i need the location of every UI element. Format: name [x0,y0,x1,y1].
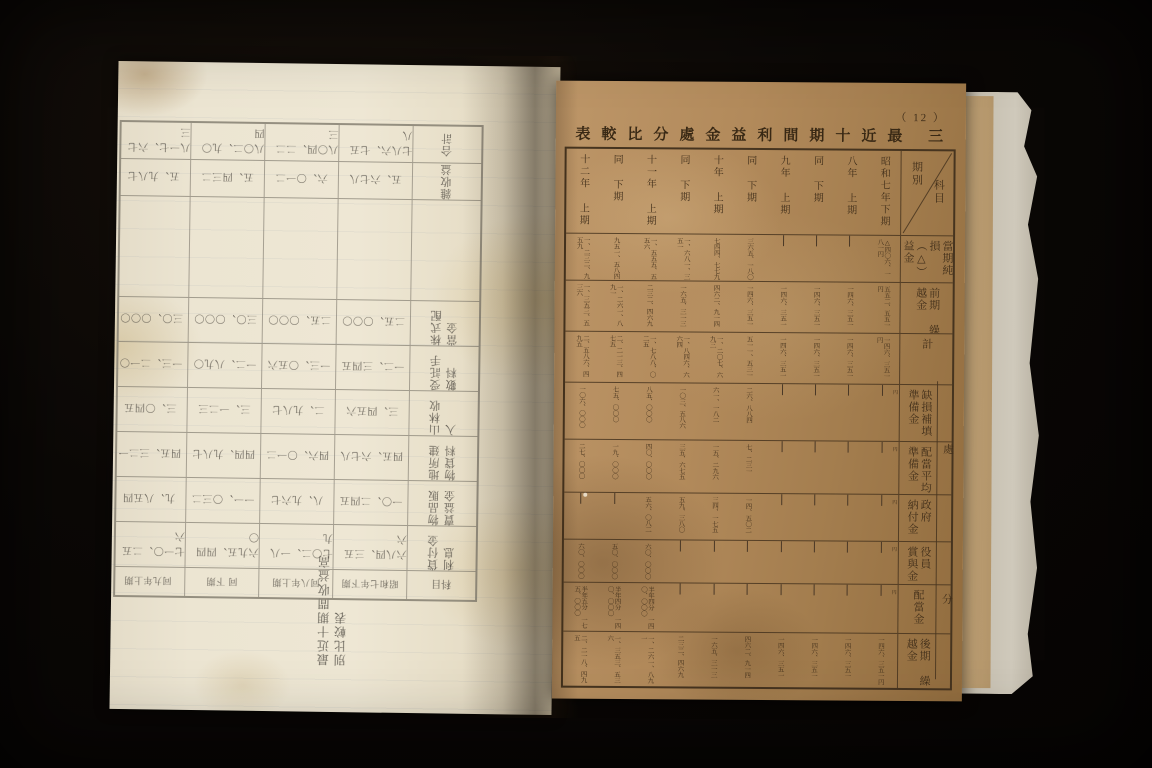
cell-value: 五九、三八〇 [677,493,684,539]
period-label: 同八年上期 [272,577,320,591]
shobun-char-top: 處 [940,443,956,454]
cell-value: 一、二六一、八九一 [639,632,653,686]
cell-value: 一九、〇〇〇 [611,440,618,492]
table-cell: 一四六、三五一 [732,282,766,332]
table-cell: 七四四、七七九 [699,235,733,281]
dash-mark [780,584,781,595]
cell-value: 八五、〇〇〇 [645,383,652,439]
table-cell: 三四、一七五 [698,494,732,540]
table-cell: 五〇、〇〇〇 [597,540,631,582]
table-cell: 一、七八八、〇二五 [632,332,666,382]
table-cell: 六八四、三五六 [333,525,408,570]
row-label: 役員 賞與金 [905,542,931,584]
table-cell: △四〇六、一八一円 [866,236,900,282]
table-cell: 一四六、三五一 [765,333,799,383]
cell-value: 一四六、三五一 [843,634,850,688]
table-cell [764,494,798,540]
table-row: 地所建物貸料四五、六七八四六、〇一二四四、九八七四五、三二一 [117,432,478,482]
table-cell: 五九、三八〇 [664,493,698,539]
table-cell [798,441,832,493]
dash-mark [782,384,783,395]
empty-cell [263,198,338,299]
table-cell [597,493,631,539]
table-cell [697,584,731,632]
cell-value: 一五、二九六 [711,441,718,493]
table-cell: 半年四分 一四〇、〇〇〇 [597,583,631,631]
empty-label [411,200,480,301]
dash-mark [580,493,581,504]
table-cell [833,236,867,282]
page-title: 表較比分處金益利間期十近最 三 [574,123,956,147]
period-label: 昭和七年下期 [341,578,398,592]
table-cell: 一、八四六、六六四 [665,332,699,382]
row-label: 雜收益 [439,163,456,199]
table-cell [766,235,800,281]
dash-mark [814,541,815,552]
cell-value: 一、三五三、五三六 [606,632,620,686]
period-label: 十二年 上期 [575,149,591,227]
left-page-table: 科目昭和七年下期同八年上期同 下期同九年上期貸付金利息六八四、三五六七〇二、一八… [113,120,484,602]
empty-cell [115,196,190,297]
table-cell [765,441,799,493]
table-row: 株式配當金二五、〇〇〇二五、〇〇〇三〇、〇〇〇三〇、〇〇〇 [119,297,480,347]
table-cell: 一四六、三五一 [832,334,866,384]
table-cell [797,584,831,632]
table-cell: 円 [864,585,898,633]
cell-value: 四五、三二一 [118,446,181,462]
cell-value: 一四六、三五一 [812,333,819,383]
cell-value: 一一、〇三二 [191,493,254,509]
dash-mark [814,584,815,595]
table-row: 貸付金利息六八四、三五六七〇二、一八九六九五、四四〇七一〇、二五六 [115,522,476,572]
cell-value: 八〇四、二二三 [265,127,338,158]
table-cell: 六〇、〇〇〇 [630,540,664,582]
table-header-row: 科目昭和七年下期同八年上期同 下期同九年上期 [115,567,475,600]
cell-value: 一、二三二、九五九 [575,234,589,280]
table-cell [730,584,764,632]
table-cell [663,583,697,631]
table-cell [664,540,698,582]
table-cell: 二、二一八、四九五 [563,632,597,686]
table-cell: 一四六、三五一 [763,633,797,687]
cell-value: 五、九八七 [127,170,180,186]
cell-value: 一四、五〇二 [744,494,751,540]
dash-mark [815,384,816,395]
cell-value: 五一一、五三一 [745,333,752,383]
unit-mark: 円 [892,589,897,596]
dash-mark [714,541,715,552]
cell-value: 五、六七八 [349,173,402,189]
cell-value: 二、二一八、四九五 [573,632,587,686]
period-label: 九年 上期 [776,150,791,216]
row-label: 物品販賣益金 [426,481,459,525]
period-header-cell: 同九年上期 [111,567,185,596]
table-cell: 一四六、三五一円 [864,634,898,688]
cell-value: 四四、九八七 [192,448,255,464]
table-cell: 五五二、五五一円 [866,283,900,333]
period-header-cell: 昭和七年下期 [867,151,901,235]
table-row: 受託手數料一二、三四五一三、〇五六一二、八九〇一三、二一〇 [118,342,479,392]
cell-value: 七一〇、二五六 [112,529,185,560]
period-label: 十一年 上期 [642,149,658,227]
cell-value: 二三二、四六九 [676,632,683,686]
right-page: （ 12 ） 表較比分處金益利間期十近最 三 期別科目昭和七年下期八年 上期同 … [552,81,966,702]
table-header-row: 期別科目昭和七年下期八年 上期同 下期九年 上期同 下期十年 上期同 下期十一年… [566,149,954,236]
table-cell [764,541,798,583]
dash-mark [881,442,882,453]
table-cell: 七五、〇〇〇 [598,383,632,439]
table-row: 配當平均 準備金円七、二三一一五、二九六三五、六七五四〇、〇〇〇一九、〇〇〇二七… [564,439,951,495]
row-label-cell: 合計 [413,126,481,163]
period-label: 八年 上期 [843,151,858,217]
table-cell [764,584,798,632]
cell-value: 四六二、九一四 [743,633,750,687]
cell-value: 一、二〇七、六九三 [708,333,722,383]
table-cell: 一四六、三五一 [830,634,864,688]
table-cell: 七、二三一 [731,441,765,493]
row-label: 前期 繰越金 [913,283,939,333]
cell-value: 一四六、三五一円 [875,334,889,384]
dash-mark [849,236,850,247]
table-cell: 二七、〇〇〇 [564,440,598,492]
cell-value: 二三二、四六九 [645,281,652,331]
period-label: 同 下期 [609,149,624,203]
cell-value: 一、八四六、六六四 [675,332,689,382]
table-cell: 一、三五三、五三六 [596,632,630,686]
cell-value: 一、六八一、三五一 [676,234,690,280]
cell-value: 八一七、六七三 [117,125,190,156]
table-cell: 一、二〇七、六九三 [699,333,733,383]
dash-mark [780,541,781,552]
cell-value: 一、二六一、八九一 [608,281,622,331]
table-cell [798,384,832,440]
cell-value: 二、五八六、四九五 [575,332,589,382]
page-number: （ 12 ） [895,109,946,125]
cell-value: 四〇、〇〇〇 [644,440,651,492]
cell-value: 九、八五四 [123,492,176,508]
table-cell: 円 [865,385,899,441]
table-cell: 六九五、四四〇 [185,523,260,568]
cell-value: 七〇二、一八九 [260,531,333,562]
span-label-shobun: 處分 [935,381,952,679]
corner-cell: 科目 [407,571,475,600]
cell-value: 四五、六七八 [340,450,403,466]
table-cell [731,541,765,583]
dash-mark [680,540,681,551]
table-cell: 四六二、九一四 [699,282,733,332]
empty-band [119,196,480,302]
table-cell: 半年五分 一七五、〇〇〇 [563,583,597,631]
table-cell: 八、九六七 [260,479,335,524]
row-label-cell: 株式配當金 [411,301,480,346]
table-cell: 五六、〇八二 [631,493,665,539]
cell-value: 六九五、四四〇 [186,530,259,561]
dash-mark [614,493,615,504]
cell-value: △四〇六、一八一円 [876,236,890,282]
row-label: 配當平均 準備金 [905,442,931,494]
period-header-cell: 同 下期 [800,150,834,234]
period-header-cell: 八年 上期 [833,151,867,235]
dash-mark [815,441,816,452]
row-label-cell: 役員 賞與金 [898,542,937,584]
cell-value: 一四六、三五一 [777,633,784,687]
cell-value: 一〇六、〇〇〇 [578,383,585,439]
row-label: 合計 [439,132,455,156]
left-page: 最近十期間收益高別比較表 科目昭和七年下期同八年上期同 下期同九年上期貸付金利息… [109,61,560,715]
table-cell: 七一〇、二五六 [111,522,186,567]
cell-value: 一四六、三五一 [845,334,852,384]
cell-value: 八、九六七 [271,494,324,510]
cell-value: 七、二三一 [744,441,751,493]
table-cell: 一〇六、〇〇〇 [565,383,599,439]
table-cell: 六〇、〇〇〇 [564,540,598,582]
dash-mark [880,585,881,596]
dash-mark [783,235,784,246]
row-label-cell: 雜收益 [413,163,481,200]
row-label: 配當金 [911,585,924,633]
table-cell: 一四六、三五一 [766,282,800,332]
table-cell: 七〇二、一八九 [259,524,334,569]
table-cell [798,494,832,540]
row-label: 受託手數料 [428,346,461,390]
unit-mark: 円 [893,446,898,453]
row-label: 地所建物貸料 [427,436,460,480]
table-row: 合計七八六、七五八八〇四、二二三八〇二、九〇四八一七、六七三 [121,122,481,164]
table-cell: 一六五、三一三 [666,281,700,331]
paper-speck [583,493,587,497]
cell-value: 二六、八八四 [745,384,752,440]
cell-value: 一四六、三五一 [810,633,817,687]
table-cell: 二五、〇〇〇 [337,300,412,345]
cell-value: 一、七八八、〇二五 [642,332,656,382]
cell-value: 一〇、二四五 [339,495,402,511]
table-cell: 一四、五〇二 [731,494,765,540]
row-label-cell: 缺損補填 準備金 [899,385,938,441]
photo-frame: 最近十期間收益高別比較表 科目昭和七年下期同八年上期同 下期同九年上期貸付金利息… [0,0,1152,768]
period-header-cell: 十年 上期 [700,150,734,234]
table-cell: 一三、〇五六 [262,344,337,389]
table-cell [831,542,865,584]
cell-value: 三五、六七五 [678,440,685,492]
table-row: 缺損補填 準備金円二六、八八四六一、一八二一〇三、五八六八五、〇〇〇七五、〇〇〇… [565,382,952,442]
table-cell: 三〇、〇〇〇 [189,298,264,343]
row-label-cell: 計 [899,334,952,384]
dash-mark [848,385,849,396]
cell-value: 五六、〇八二 [644,493,651,539]
table-cell [831,495,865,541]
row-label: 缺損補填 準備金 [906,385,932,441]
left-page-flipped-content: 最近十期間收益高別比較表 科目昭和七年下期同八年上期同 下期同九年上期貸付金利息… [109,61,560,715]
table-cell: 二三二、四六九 [663,632,697,686]
table-cell [831,585,865,633]
table-cell: 一二、八九〇 [188,343,263,388]
table-cell: 二、九八七 [261,389,336,434]
cell-value: 一二、八九〇 [193,358,256,374]
table-cell: 一、五五五、五五六 [633,234,667,280]
period-header-cell: 同 下期 [185,568,259,597]
row-label: 貸付金利息 [425,526,458,570]
unit-mark: 円 [892,546,897,553]
row-label-cell: 配當金 [897,585,936,633]
dash-mark [680,583,681,594]
dash-mark [816,235,817,246]
cell-value: 一四六、三五一 [746,282,753,332]
table-cell: 一、二六一、八九一 [630,632,664,686]
table-cell: 九、八五四 [112,477,187,522]
cell-value: 三四、一七五 [711,494,718,540]
empty-cell [189,197,264,298]
period-header-cell: 十二年 上期 [566,149,600,233]
period-label: 同 下期 [809,150,824,204]
row-label-cell: 地所建物貸料 [409,436,478,481]
cell-value: 半年四分 一四〇、〇〇〇 [640,583,654,631]
period-header-cell: 九年 上期 [766,150,800,234]
table-cell: 三〇、〇〇〇 [115,297,190,342]
table-cell: 一〇三、五八六 [665,383,699,439]
cell-value: 三、四五六 [346,405,399,421]
table-cell: 六、〇一二 [265,161,339,198]
row-label: 後期 繰越金 [904,634,930,688]
cell-value: 三六五、一八〇 [746,235,753,281]
dash-mark [781,441,782,452]
row-label: 當期純損 （△）益金 [901,236,953,282]
cell-value: 一、五五五、五五六 [642,234,656,280]
shobun-char-bottom: 分 [939,593,955,604]
table-cell: 三、四五六 [335,390,410,435]
table-cell: 五、六七八 [339,162,413,199]
cell-value: 四六二、九一四 [712,282,719,332]
cell-value: 一三、〇五六 [267,359,330,375]
table-cell: 七八六、七五八 [339,125,413,162]
period-header-cell: 同 下期 [666,149,700,233]
table-row: 當期純損 （△）益金△四〇六、一八一円三六五、一八〇七四四、七七九一、六八一、三… [566,233,953,283]
cell-value: 三〇、〇〇〇 [120,311,183,327]
dash-mark [781,494,782,505]
table-cell: 一四六、三五一円 [866,334,900,384]
table-cell: 五、四三二 [191,160,265,197]
dash-mark [847,585,848,596]
row-label-cell: 政府 納付金 [898,495,937,541]
table-cell: 八〇二、九〇四 [191,123,265,160]
cell-value: 二、九八七 [272,404,325,420]
cell-value: 五〇、〇〇〇 [610,540,617,582]
table-cell: 一、二三二、九五九 [566,234,600,280]
table-cell: 四六二、九一四 [730,633,764,687]
cell-value: 一〇三、五八六 [678,383,685,439]
cell-value: 六、〇一二 [275,172,328,188]
table-cell: 九五一、五八四 [599,234,633,280]
table-row: 政府 納付金円一四、五〇二三四、一七五五九、三八〇五六、〇八二 [564,492,951,542]
cell-value: 一六五、三一三 [679,281,686,331]
table-row: 雜收益五、六七八六、〇一二五、四三二五、九八七 [121,159,481,201]
table-cell: 二六、八八四 [732,384,766,440]
table-cell: 四五、三二一 [113,432,188,477]
table-cell [697,541,731,583]
period-label: 同 下期 [206,576,237,589]
period-header-cell: 十一年 上期 [633,149,667,233]
table-row: 配當金円半年四分 一四〇、〇〇〇半年四分 一四〇、〇〇〇半年五分 一七五、〇〇〇 [563,582,950,634]
empty-cell [337,199,412,300]
cell-value: 三、〇四五 [124,402,177,418]
table-cell: 一四六、三五一 [799,333,833,383]
table-row: 計一四六、三五一円一四六、三五一一四六、三五一一四六、三五一五一一、五三一一、二… [565,331,952,385]
table-cell: 一二、三四五 [336,345,411,390]
table-cell: 一〇、二四五 [334,480,409,525]
dash-mark [881,542,882,553]
table-cell: 三、一二三 [187,388,262,433]
table-cell: 一九、〇〇〇 [598,440,632,492]
row-label-cell: 受託手數料 [410,346,479,391]
cell-value: 五、四三二 [201,171,254,187]
table-row: 山林收入三、四五六二、九八七三、一二三三、〇四五 [117,387,478,437]
table-cell [831,442,865,494]
table-cell [832,385,866,441]
dash-mark [814,494,815,505]
table-cell [564,493,598,539]
table-cell: 四〇、〇〇〇 [631,440,665,492]
table-cell: 円 [865,442,899,494]
profit-distribution-table: 期別科目昭和七年下期八年 上期同 下期九年 上期同 下期十年 上期同 下期十一年… [561,147,956,691]
cell-value: 一二、三四五 [341,360,404,376]
period-header-cell: 昭和七年下期 [333,570,407,599]
dash-mark [713,584,714,595]
table-cell [800,235,834,281]
cell-value: 一四六、三五一 [846,283,853,333]
table-cell: 三五、六七五 [664,440,698,492]
dash-mark [747,584,748,595]
cell-value: 七四四、七七九 [713,235,720,281]
row-label-cell: 物品販賣益金 [408,481,477,526]
cell-value: 七五、〇〇〇 [611,383,618,439]
table-cell: 一、六八一、三五一 [666,234,700,280]
table-cell: 一五、二九六 [698,441,732,493]
unit-mark: 円 [892,499,897,506]
table-cell: 円 [864,542,898,584]
table-cell: 二五、〇〇〇 [263,299,338,344]
period-label: 昭和七年下期 [876,151,892,228]
table-cell: 二、二一三、四七五 [598,332,632,382]
cell-value: 三〇、〇〇〇 [194,313,257,329]
table-cell: 四五、六七八 [335,435,410,480]
unit-mark: 円 [893,389,898,396]
row-label: 計 [920,334,933,384]
table-cell: 円 [865,495,899,541]
period-label: 同 下期 [742,150,757,204]
table-cell: 一四六、三五一 [799,282,833,332]
table-cell: 一四六、三五一 [797,633,831,687]
dash-mark [848,442,849,453]
corner-label-koumoku: 科目 [930,179,946,205]
table-cell [765,384,799,440]
corner-cell: 期別科目 [900,151,954,235]
cell-value: 二五、〇〇〇 [342,315,405,331]
table-cell: 三、〇四五 [113,387,188,432]
row-label-cell: 配當平均 準備金 [898,442,937,494]
row-label-cell: 貸付金利息 [407,526,476,571]
table-cell: 五、九八七 [117,159,191,196]
cell-value: 七八六、七五八 [339,128,412,159]
row-label-cell: 後期 繰越金 [897,634,936,688]
table-cell: 四四、九八七 [187,433,262,478]
table-cell: 三六五、一八〇 [733,235,767,281]
dash-mark [881,495,882,506]
cell-value: 一四六、三五一 [779,282,786,332]
row-label-cell: 前期 繰越金 [899,283,952,333]
cell-value: 六八四、三五六 [334,532,407,563]
period-header-cell: 同八年上期 [259,569,333,598]
table-cell: 二、五八六、四九五 [565,332,599,382]
period-header-cell: 同 下期 [733,150,767,234]
